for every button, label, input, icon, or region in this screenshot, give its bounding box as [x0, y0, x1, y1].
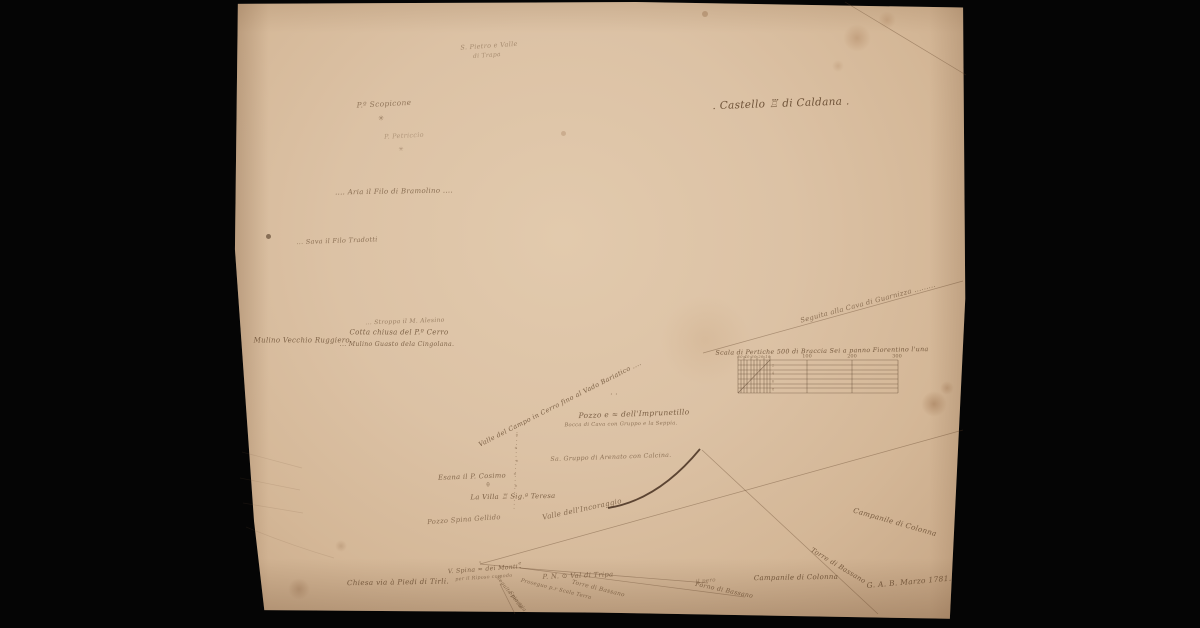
scan-background: { "document": { "type": "antique-survey-…: [0, 0, 1200, 628]
map-paper: [232, 2, 966, 620]
